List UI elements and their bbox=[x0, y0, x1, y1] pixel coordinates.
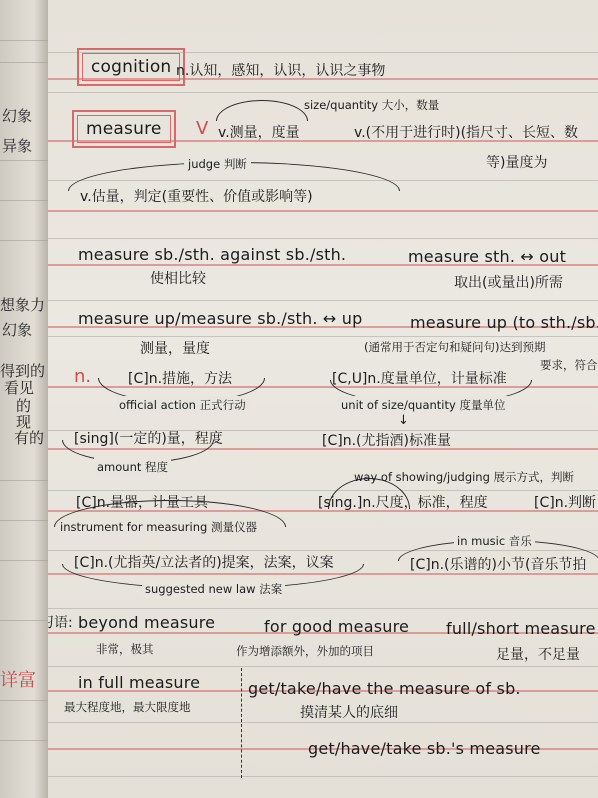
phrase-against-cn: 使相比较 bbox=[150, 270, 206, 288]
phrase-out: measure sth. ↔ out bbox=[408, 248, 566, 266]
idiom-en: get/take/have the measure of sb. bbox=[248, 680, 521, 698]
verb-def-1: v.测量，度量 bbox=[218, 124, 300, 142]
headword-box-measure: measure bbox=[72, 110, 176, 148]
noun-amount-note: amount 程度 bbox=[94, 458, 171, 476]
idiom-cn: 非常，极其 bbox=[96, 640, 154, 658]
down-arrow-icon: ↓ bbox=[398, 412, 409, 430]
noun-mark: n. bbox=[74, 368, 91, 386]
bracket-arc bbox=[216, 100, 308, 121]
verb-def-3: v.估量，判定(重要性、价值或影响等) bbox=[80, 188, 313, 206]
left-note: 幻象 bbox=[2, 322, 32, 339]
idiom-en: full/short measure bbox=[446, 620, 596, 638]
idiom-cn: 作为增添额外，外加的项目 bbox=[236, 642, 374, 660]
left-note-red: 详富 bbox=[0, 672, 36, 689]
phrase-out-cn: 取出(或量出)所需 bbox=[454, 274, 563, 292]
noun-music: [C]n.(乐谱的)小节(音乐节拍 bbox=[410, 556, 586, 574]
idiom-cn: 最大程度地，最大限度地 bbox=[64, 698, 191, 716]
idiom-cn: 足量，不足量 bbox=[496, 646, 580, 664]
headword-measure: measure bbox=[77, 115, 171, 143]
headword-cognition: cognition bbox=[82, 53, 180, 81]
idiom-cn: 摸清某人的底细 bbox=[300, 704, 398, 722]
left-note: 得到的 bbox=[0, 363, 45, 380]
noun-instrument-note: instrument for measuring 测量仪器 bbox=[60, 518, 257, 536]
left-note: 幻象 bbox=[2, 108, 32, 125]
size-note: size/quantity 大小，数量 bbox=[304, 96, 439, 114]
verb-def-2-cont: 等)量度为 bbox=[486, 154, 547, 172]
left-page-edge: 幻象 异象 想象力 幻象 得到的 看见 的 现 有的 详富 bbox=[0, 0, 48, 798]
noun-sing: [sing.]n.尺度，标准，程度 bbox=[318, 494, 488, 512]
noun-music-note: in music 音乐 bbox=[454, 532, 535, 550]
phrase-up-to: measure up (to sth./sb.) bbox=[410, 314, 598, 332]
left-note: 异象 bbox=[2, 138, 32, 155]
phrase-up: measure up/measure sb./sth. ↔ up bbox=[78, 310, 363, 328]
noun-judge: [C]n.判断 bbox=[534, 494, 596, 512]
phrase-up-to-cn: (通常用于否定句和疑问句)达到预期 bbox=[364, 338, 545, 356]
headword-box-cognition: cognition bbox=[77, 48, 185, 86]
idiom-en: beyond measure bbox=[78, 614, 215, 632]
phrase-up-to-cn2: 要求，符合 bbox=[540, 356, 598, 374]
noun-standard: [C]n.(尤指酒)标准量 bbox=[322, 432, 451, 450]
judge-note: judge 判断 bbox=[184, 155, 251, 173]
dashed-divider bbox=[241, 668, 242, 778]
noun-action-note: official action 正式行动 bbox=[116, 396, 249, 414]
idiom-en: in full measure bbox=[78, 674, 200, 692]
left-note: 有的 bbox=[14, 430, 44, 447]
noun-unit-note: unit of size/quantity 度量单位 bbox=[338, 396, 508, 414]
notebook-page: cognition n.认知，感知，认识，认识之事物 measure V siz… bbox=[48, 0, 598, 798]
noun-law-note: suggested new law 法案 bbox=[142, 580, 285, 598]
phrase-against: measure sb./sth. against sb./sth. bbox=[78, 246, 346, 264]
left-note: 看见 bbox=[4, 380, 34, 397]
idiom-en: get/have/take sb.'s measure bbox=[308, 740, 541, 758]
verb-def-2: v.(不用于进行时)(指尺寸、长短、数 bbox=[354, 124, 578, 142]
idioms-label: 习语: bbox=[48, 614, 73, 632]
noun-way-note: way of showing/judging 展示方式，判断 bbox=[354, 468, 574, 486]
verb-mark: V bbox=[196, 120, 208, 138]
idiom-en: for good measure bbox=[264, 618, 409, 636]
phrase-up-cn: 测量，量度 bbox=[140, 340, 210, 358]
left-note: 想象力 bbox=[0, 297, 45, 314]
cognition-definition: n.认知，感知，认识，认识之事物 bbox=[176, 62, 385, 80]
